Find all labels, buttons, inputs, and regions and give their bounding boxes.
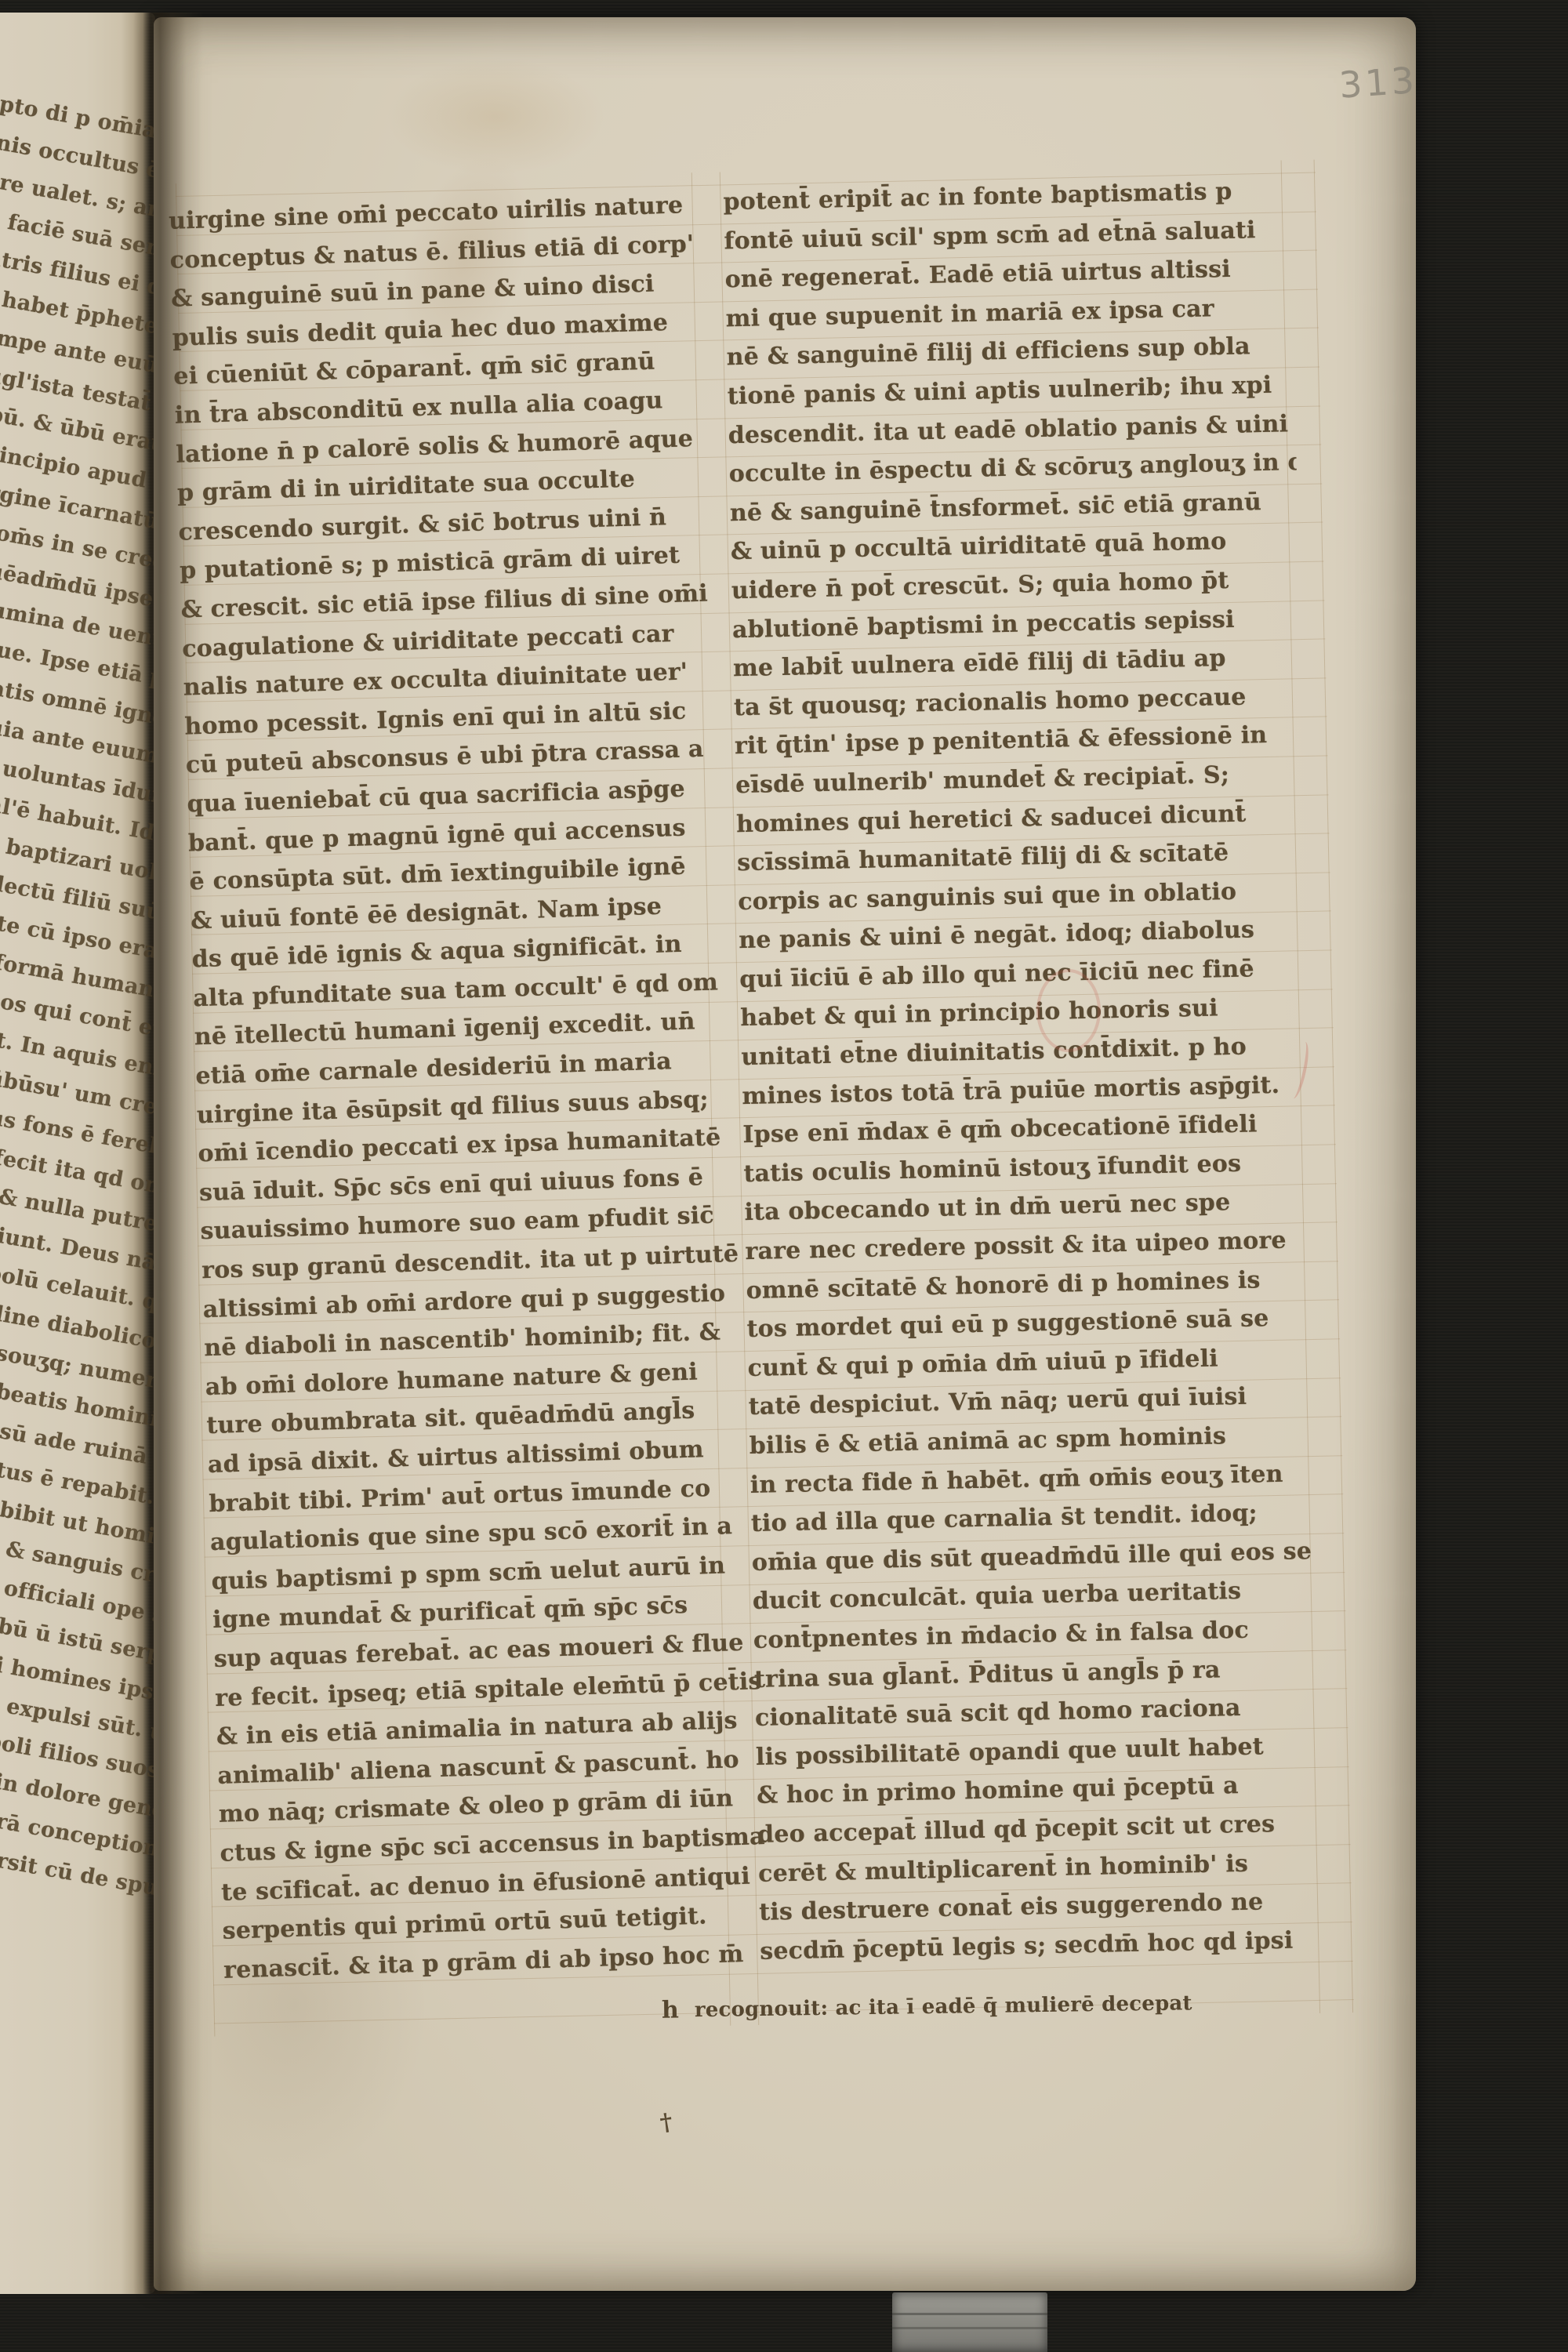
book-strap	[892, 2292, 1047, 2352]
addition-text: recognouit: ac ita ī eadē q̄ mulierē dec…	[695, 1986, 1192, 2027]
manuscript-page: uirgine sine om̄i peccato uirilis nature…	[154, 17, 1416, 2291]
red-ink-ring-mark	[1036, 969, 1101, 1052]
previous-page-edge-text: cepto di p om̄ia ei subignis occultus ē …	[0, 80, 155, 1876]
text-column-left: uirgine sine om̄i peccato uirilis nature…	[168, 185, 773, 2005]
folio-number: 313	[1338, 58, 1416, 107]
manuscript-photo: cepto di p om̄ia ei subignis occultus ē …	[0, 0, 1568, 2352]
writing-area: uirgine sine om̄i peccato uirilis nature…	[154, 17, 1416, 2291]
ruling	[154, 17, 1392, 31]
text-column-right: potent̄ eripit̄ ac in fonte baptismatis …	[723, 171, 1328, 1986]
previous-page-edge: cepto di p om̄ia ei subignis occultus ē …	[0, 13, 155, 2294]
addition-siglum: h	[662, 1993, 679, 2027]
